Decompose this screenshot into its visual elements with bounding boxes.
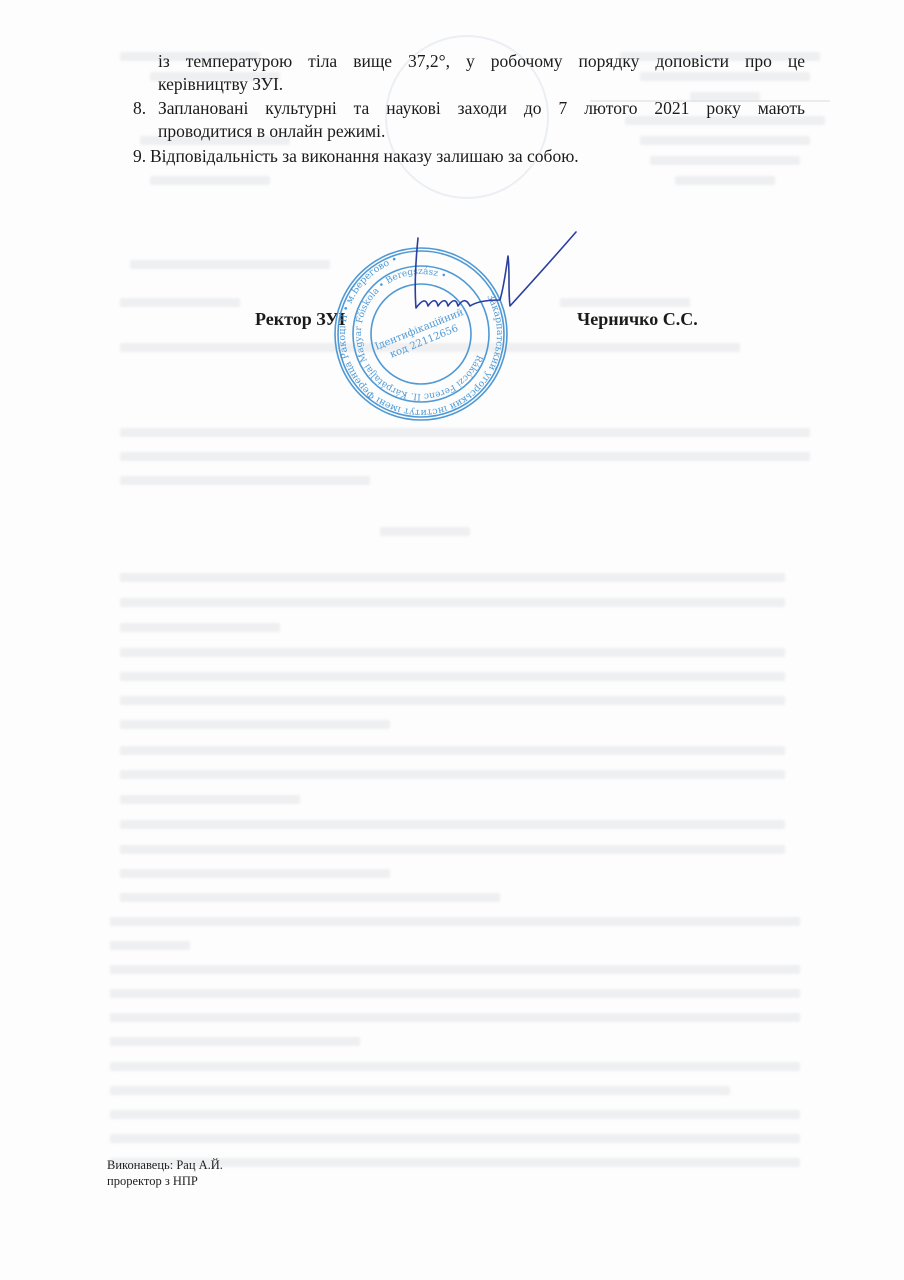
item-7-continuation-line-1: із температурою тіла вище 37,2°, у робоч… xyxy=(158,50,805,73)
handwritten-signature xyxy=(400,228,600,328)
item-8-line-1: Заплановані культурні та наукові заходи … xyxy=(158,97,805,120)
item-7-continuation-line-2: керівництву ЗУІ. xyxy=(158,73,283,96)
executor-title: проректор з НПР xyxy=(107,1173,223,1189)
document-page: із температурою тіла вище 37,2°, у робоч… xyxy=(0,0,904,1280)
executor-block: Виконавець: Рац А.Й. проректор з НПР xyxy=(107,1157,223,1189)
item-8-number: 8. xyxy=(133,97,146,120)
bleed-through-background xyxy=(0,0,904,1280)
item-8-line-2: проводитися в онлайн режимі. xyxy=(158,120,385,143)
item-9-line-1: Відповідальність за виконання наказу зал… xyxy=(150,145,579,168)
item-9-number: 9. xyxy=(133,145,146,168)
executor-name: Виконавець: Рац А.Й. xyxy=(107,1157,223,1173)
